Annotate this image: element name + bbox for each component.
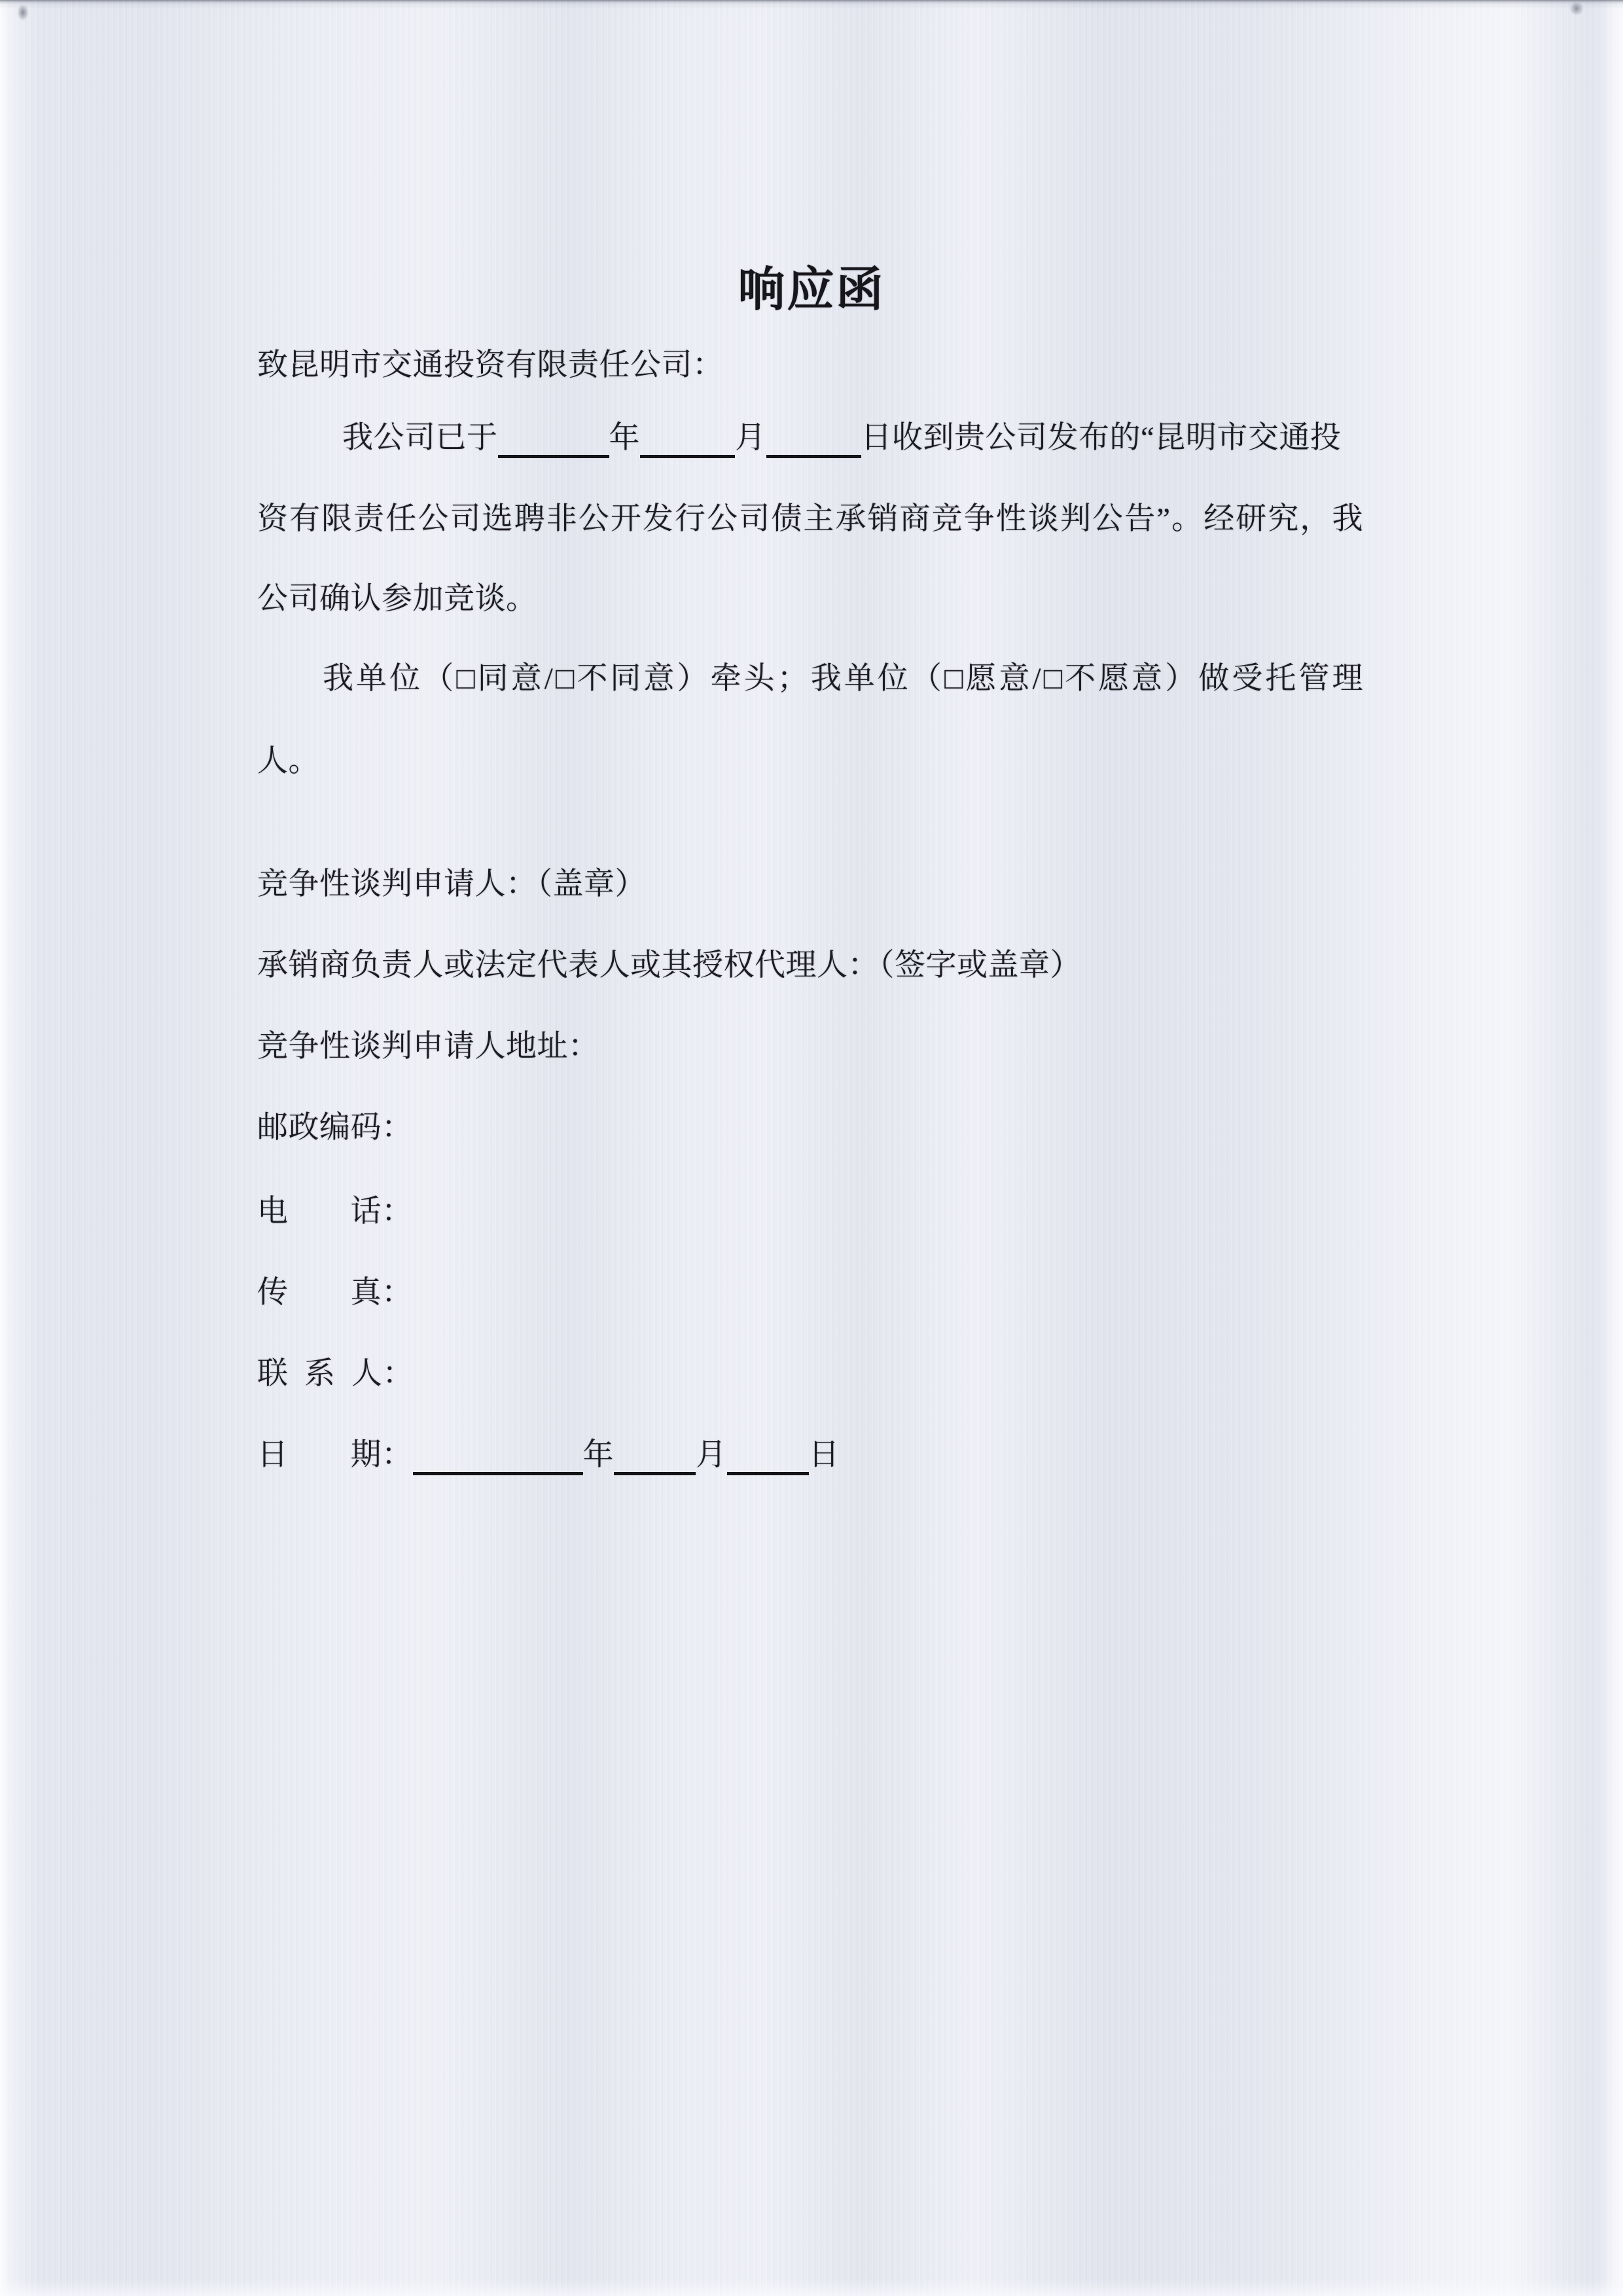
blank-day-field <box>766 429 861 458</box>
date-month-label: 月 <box>696 1438 727 1472</box>
salutation-line: 致昆明市交通投资有限责任公司： <box>257 345 724 386</box>
scan-artifact-top-right <box>1569 1 1584 16</box>
date-day-label: 日 <box>809 1438 840 1472</box>
scan-artifact-top-left <box>17 4 29 21</box>
field-phone-label: 电 话： <box>257 1191 413 1232</box>
page-title: 响应函 <box>0 260 1623 319</box>
body-paragraph1-line2: 资有限责任公司选聘非公开发行公司债主承销商竞争性谈判公告”。经研究，我 <box>257 499 1363 539</box>
blank-year-field <box>498 429 609 458</box>
date-label: 日 期： <box>257 1438 413 1472</box>
scanned-document-page: 响应函 致昆明市交通投资有限责任公司： 我公司已于年月日收到贵公司发布的“昆明市… <box>0 0 1623 2296</box>
field-date-line: 日 期：年月日 <box>257 1435 840 1475</box>
field-postcode-label: 邮政编码： <box>257 1107 413 1148</box>
field-address-label: 竞争性谈判申请人地址： <box>257 1026 599 1067</box>
body-paragraph2-line1: 我单位（□同意/□不同意）牵头；我单位（□愿意/□不愿意）做受托管理 <box>257 658 1363 699</box>
date-year-label: 年 <box>583 1438 615 1472</box>
date-blank-year-field <box>413 1446 583 1475</box>
date-blank-month-field <box>614 1446 696 1475</box>
field-contact-label: 联 系 人： <box>257 1354 414 1394</box>
p1-year-label: 年 <box>609 421 641 455</box>
p1-lead-text: 我公司已于 <box>342 421 498 455</box>
blank-month-field <box>640 429 735 458</box>
field-representative-label: 承销商负责人或法定代表人或其授权代理人：（签字或盖章） <box>257 945 1081 986</box>
date-blank-day-field <box>727 1446 809 1475</box>
body-paragraph1-line3: 公司确认参加竞谈。 <box>257 579 537 619</box>
p1-line1-tail-text: 日收到贵公司发布的“昆明市交通投 <box>861 421 1342 455</box>
p1-month-label: 月 <box>735 421 766 455</box>
body-paragraph1-line1: 我公司已于年月日收到贵公司发布的“昆明市交通投 <box>257 418 1341 458</box>
body-paragraph2-line2: 人。 <box>257 741 319 781</box>
field-applicant-label: 竞争性谈判申请人：（盖章） <box>257 864 646 905</box>
field-fax-label: 传 真： <box>257 1272 413 1313</box>
